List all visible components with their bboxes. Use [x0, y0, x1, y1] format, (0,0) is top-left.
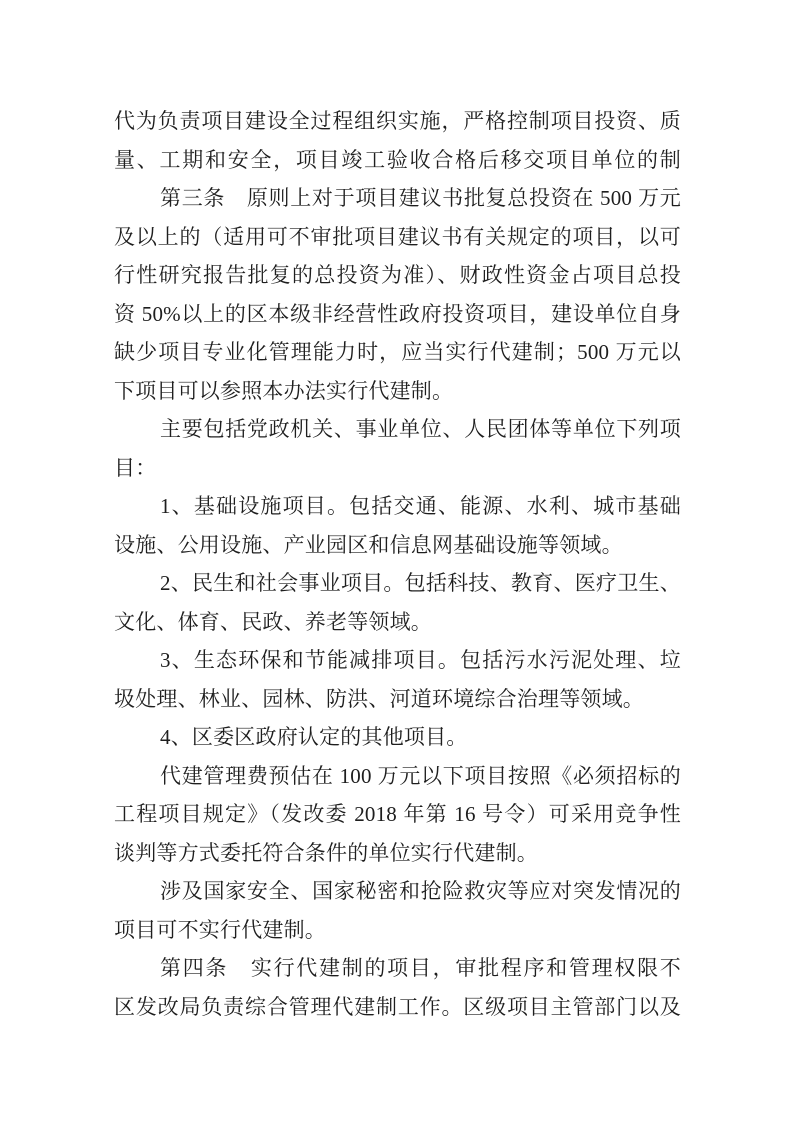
- text-line: 主要包括党政机关、事业单位、人民团体等单位下列项: [114, 410, 681, 449]
- text-line: 第四条 实行代建制的项目，审批程序和管理权限不变。: [114, 949, 681, 988]
- text-line: 项目可不实行代建制。: [114, 911, 681, 950]
- text-line: 文化、体育、民政、养老等领域。: [114, 603, 681, 642]
- text-line: 1、基础设施项目。包括交通、能源、水利、城市基础: [114, 487, 681, 526]
- text-line: 行性研究报告批复的总投资为准）、财政性资金占项目总投: [114, 256, 681, 295]
- text-line: 4、区委区政府认定的其他项目。: [114, 718, 681, 757]
- text-line: 3、生态环保和节能减排项目。包括污水污泥处理、垃: [114, 641, 681, 680]
- text-line: 2、民生和社会事业项目。包括科技、教育、医疗卫生、: [114, 564, 681, 603]
- text-line: 及以上的（适用可不审批项目建议书有关规定的项目，以可: [114, 218, 681, 257]
- text-line: 下项目可以参照本办法实行代建制。: [114, 372, 681, 411]
- text-line: 第三条 原则上对于项目建议书批复总投资在 500 万元: [114, 179, 681, 218]
- text-line: 圾处理、林业、园林、防洪、河道环境综合治理等领域。: [114, 680, 681, 719]
- text-line: 涉及国家安全、国家秘密和抢险救灾等应对突发情况的: [114, 872, 681, 911]
- text-line: 代建管理费预估在 100 万元以下项目按照《必须招标的: [114, 757, 681, 796]
- text-line: 资 50%以上的区本级非经营性政府投资项目，建设单位自身: [114, 295, 681, 334]
- text-line: 量、工期和安全，项目竣工验收合格后移交项目单位的制度。: [114, 141, 681, 180]
- document-page: 代为负责项目建设全过程组织实施，严格控制项目投资、质量、工期和安全，项目竣工验收…: [0, 0, 793, 1122]
- text-line: 区发改局负责综合管理代建制工作。区级项目主管部门以及: [114, 988, 681, 1027]
- text-line: 缺少项目专业化管理能力时，应当实行代建制；500 万元以: [114, 333, 681, 372]
- text-line: 谈判等方式委托符合条件的单位实行代建制。: [114, 834, 681, 873]
- text-line: 工程项目规定》（发改委 2018 年第 16 号令）可采用竞争性: [114, 795, 681, 834]
- text-block: 代为负责项目建设全过程组织实施，严格控制项目投资、质量、工期和安全，项目竣工验收…: [114, 102, 681, 1026]
- text-line: 设施、公用设施、产业园区和信息网基础设施等领域。: [114, 526, 681, 565]
- text-line: 代为负责项目建设全过程组织实施，严格控制项目投资、质: [114, 102, 681, 141]
- text-line: 目：: [114, 449, 681, 488]
